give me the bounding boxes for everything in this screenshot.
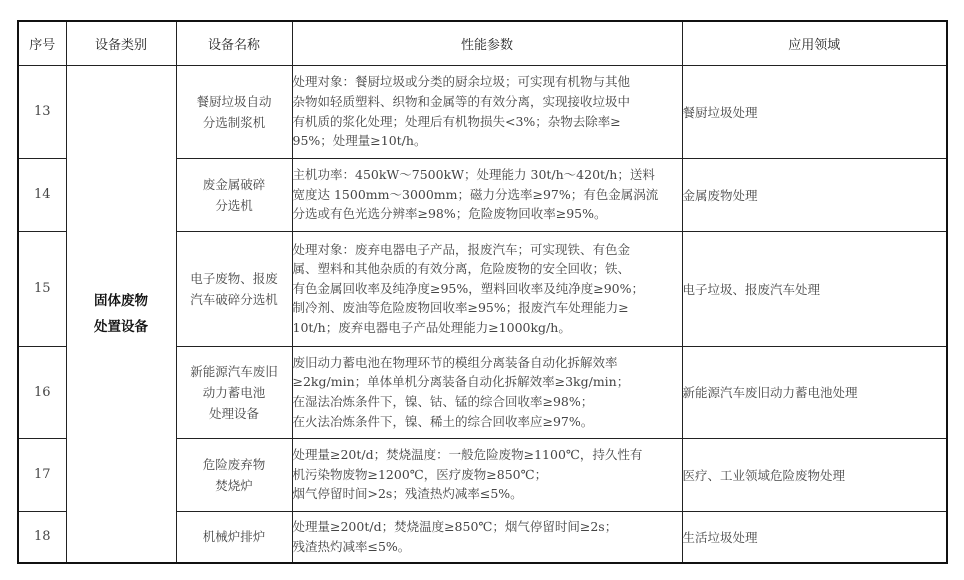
perf-line: 处理对象：餐厨垃圾或分类的厨余垃圾；可实现有机物与其他 [293, 72, 682, 92]
name-line: 焚烧炉 [177, 475, 292, 496]
name-line: 电子废物、报废 [177, 268, 292, 289]
perf-line: 95%；处理量≥10t/h。 [293, 131, 682, 151]
header-performance-params: 性能参数 [292, 21, 682, 65]
application-field: 医疗、工业领域危险废物处理 [682, 438, 947, 511]
equipment-name: 废金属破碎 分选机 [176, 158, 292, 231]
perf-line: 有机质的浆化处理；处理后有机物损失<3%；杂物去除率≥ [293, 112, 682, 132]
serial-no: 17 [18, 438, 66, 511]
name-line: 废金属破碎 [177, 174, 292, 195]
equipment-name: 机械炉排炉 [176, 511, 292, 563]
perf-line: 处理量≥20t/d；焚烧温度：一般危险废物≥1100℃，持久性有 [293, 445, 682, 465]
name-line: 餐厨垃圾自动 [177, 91, 292, 112]
perf-line: 10t/h；废弃电器电子产品处理能力≥1000kg/h。 [293, 318, 682, 338]
perf-line: 在火法冶炼条件下，镍、稀土的综合回收率应≥97%。 [293, 412, 682, 432]
equipment-name: 危险废弃物 焚烧炉 [176, 438, 292, 511]
performance-params: 处理量≥200t/d；焚烧温度≥850℃；烟气停留时间≥2s； 残渣热灼减率≤5… [292, 511, 682, 563]
serial-no: 13 [18, 65, 66, 158]
perf-line: 杂物如轻质塑料、织物和金属等的有效分离，实现接收垃圾中 [293, 92, 682, 112]
equipment-spec-table: 序号 设备类别 设备名称 性能参数 应用领域 13 固体废物 处置设备 餐厨垃圾… [17, 20, 948, 564]
header-application-field: 应用领域 [682, 21, 947, 65]
performance-params: 主机功率：450kW～7500kW；处理能力 30t/h～420t/h；送料 宽… [292, 158, 682, 231]
performance-params: 废旧动力蓄电池在物理环节的模组分离装备自动化拆解效率 ≥2kg/min；单体单机… [292, 346, 682, 438]
application-field: 生活垃圾处理 [682, 511, 947, 563]
application-field: 新能源汽车废旧动力蓄电池处理 [682, 346, 947, 438]
name-line: 分选制浆机 [177, 112, 292, 133]
name-line: 动力蓄电池 [177, 382, 292, 403]
performance-params: 处理对象：餐厨垃圾或分类的厨余垃圾；可实现有机物与其他 杂物如轻质塑料、织物和金… [292, 65, 682, 158]
application-field: 电子垃圾、报废汽车处理 [682, 231, 947, 346]
perf-line: 宽度达 1500mm～3000mm；磁力分选率≥97%；有色金属涡流 [293, 185, 682, 205]
perf-line: 处理对象：废弃电器电子产品，报废汽车；可实现铁、有色金 [293, 240, 682, 260]
header-serial-no: 序号 [18, 21, 66, 65]
header-row: 序号 设备类别 设备名称 性能参数 应用领域 [18, 21, 947, 65]
serial-no: 16 [18, 346, 66, 438]
name-line: 处理设备 [177, 403, 292, 424]
equipment-name: 电子废物、报废 汽车破碎分选机 [176, 231, 292, 346]
header-equipment-name: 设备名称 [176, 21, 292, 65]
name-line: 分选机 [177, 195, 292, 216]
perf-line: 烟气停留时间>2s；残渣热灼减率≤5%。 [293, 484, 682, 504]
perf-line: 废旧动力蓄电池在物理环节的模组分离装备自动化拆解效率 [293, 353, 682, 373]
equipment-name: 餐厨垃圾自动 分选制浆机 [176, 65, 292, 158]
application-field: 餐厨垃圾处理 [682, 65, 947, 158]
name-line: 新能源汽车废旧 [177, 361, 292, 382]
perf-line: ≥2kg/min；单体单机分离装备自动化拆解效率≥3kg/min； [293, 372, 682, 392]
perf-line: 有色金属回收率及纯净度≥95%，塑料回收率及纯净度≥90%； [293, 279, 682, 299]
perf-line: 处理量≥200t/d；焚烧温度≥850℃；烟气停留时间≥2s； [293, 517, 682, 537]
serial-no: 15 [18, 231, 66, 346]
perf-line: 在湿法冶炼条件下，镍、钴、锰的综合回收率≥98%； [293, 392, 682, 412]
performance-params: 处理对象：废弃电器电子产品，报废汽车；可实现铁、有色金 属、塑料和其他杂质的有效… [292, 231, 682, 346]
table-row: 13 固体废物 处置设备 餐厨垃圾自动 分选制浆机 处理对象：餐厨垃圾或分类的厨… [18, 65, 947, 158]
application-field: 金属废物处理 [682, 158, 947, 231]
serial-no: 18 [18, 511, 66, 563]
equipment-category: 固体废物 处置设备 [66, 65, 176, 563]
equipment-name: 新能源汽车废旧 动力蓄电池 处理设备 [176, 346, 292, 438]
perf-line: 属、塑料和其他杂质的有效分离，危险废物的安全回收；铁、 [293, 259, 682, 279]
name-line: 汽车破碎分选机 [177, 289, 292, 310]
name-line: 机械炉排炉 [177, 526, 292, 547]
serial-no: 14 [18, 158, 66, 231]
perf-line: 主机功率：450kW～7500kW；处理能力 30t/h～420t/h；送料 [293, 165, 682, 185]
category-line: 处置设备 [67, 314, 176, 340]
name-line: 危险废弃物 [177, 454, 292, 475]
perf-line: 残渣热灼减率≤5%。 [293, 537, 682, 557]
perf-line: 机污染物废物≥1200℃，医疗废物≥850℃； [293, 465, 682, 485]
perf-line: 制冷剂、废油等危险废物回收率≥95%；报废汽车处理能力≥ [293, 298, 682, 318]
header-equipment-category: 设备类别 [66, 21, 176, 65]
perf-line: 分选或有色光选分辨率≥98%；危险废物回收率≥95%。 [293, 204, 682, 224]
performance-params: 处理量≥20t/d；焚烧温度：一般危险废物≥1100℃，持久性有 机污染物废物≥… [292, 438, 682, 511]
category-line: 固体废物 [67, 288, 176, 314]
